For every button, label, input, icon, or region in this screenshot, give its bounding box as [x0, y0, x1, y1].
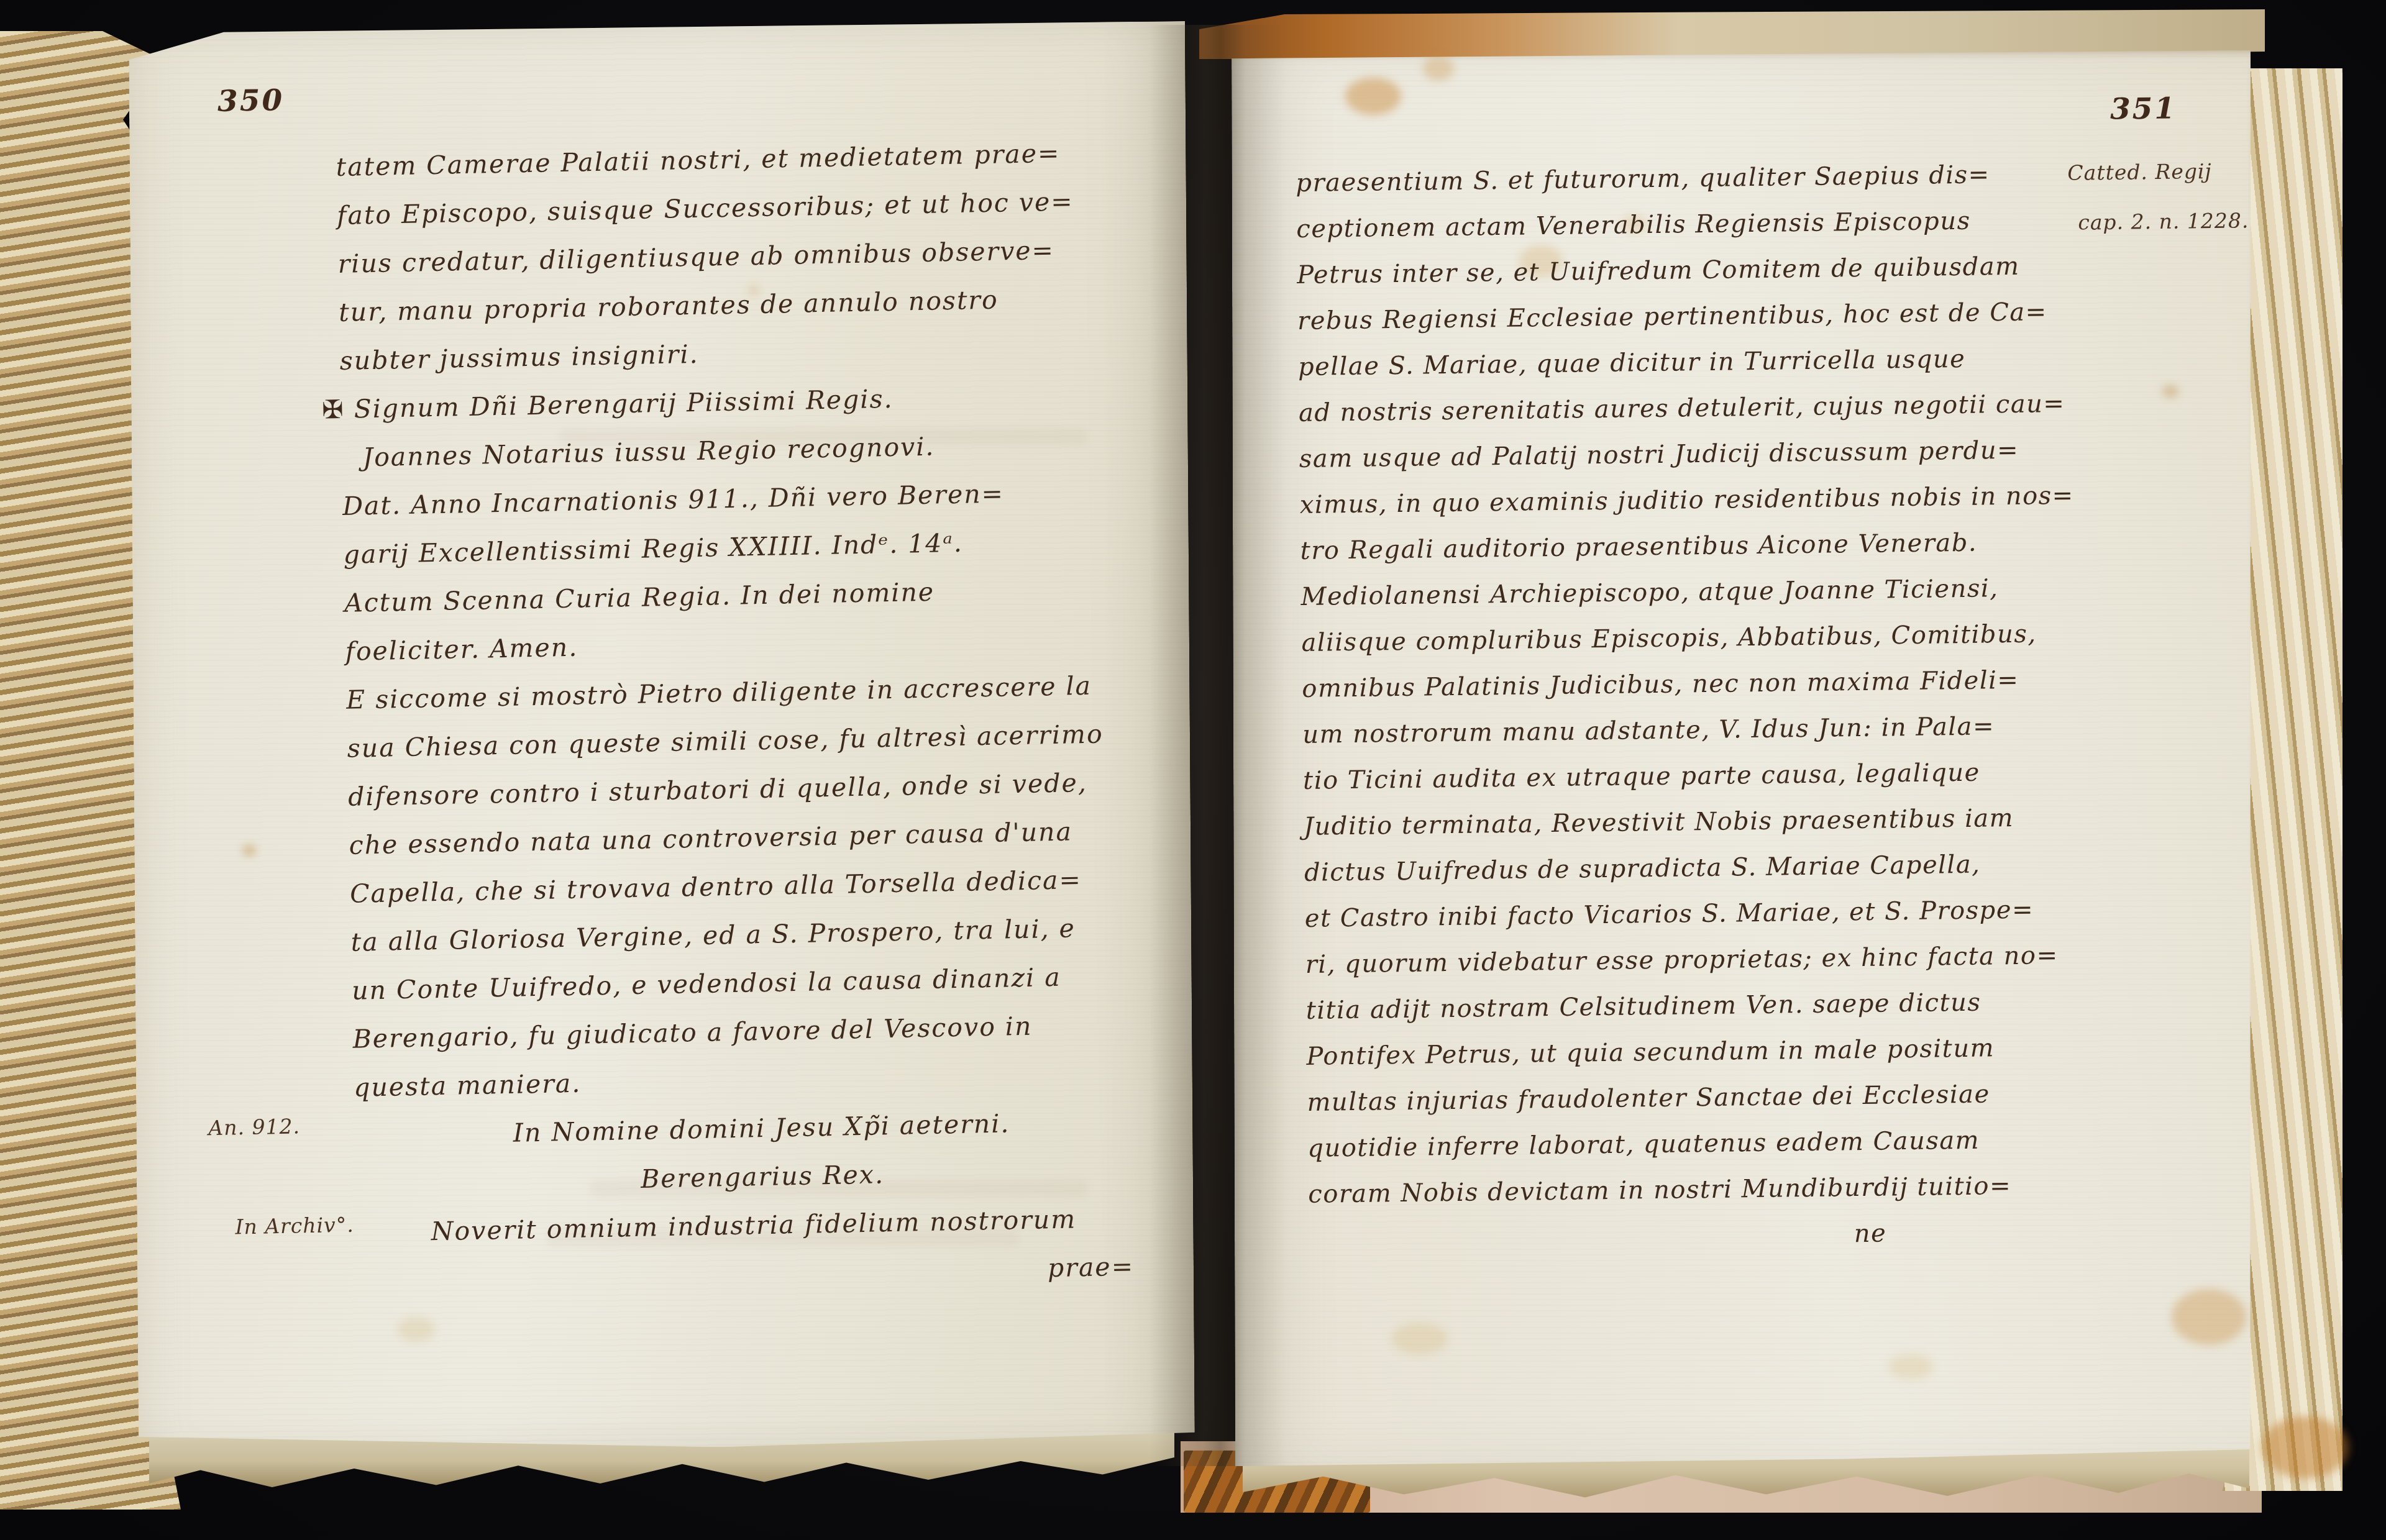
stain [1392, 1323, 1448, 1354]
right-page-text: Catted. Regij cap. 2. n. 1228. praesenti… [1296, 151, 2073, 1264]
left-page-text: An. 912. In Archiv°. tatem Camerae Palat… [336, 127, 1172, 1306]
stain [2162, 385, 2178, 398]
catchword-right: ne [1309, 1208, 2073, 1264]
page-number-left: 350 [217, 83, 285, 119]
stain [1345, 78, 1401, 115]
stain [398, 1317, 435, 1342]
page-number-right: 351 [2110, 91, 2177, 126]
stain [2262, 1416, 2349, 1478]
stain [242, 845, 256, 856]
stain [2172, 1289, 2246, 1345]
margin-note-reference-line1: Catted. Regij [2067, 159, 2212, 185]
stain [1889, 1354, 1932, 1379]
margin-note-reference-line2: cap. 2. n. 1228. [2078, 208, 2249, 234]
text-line: coram Nobis devictam in nostri Mundiburd… [1308, 1162, 2073, 1218]
stain [1423, 56, 1454, 81]
margin-note-archive: In Archiv°. [235, 1213, 354, 1239]
margin-note-year: An. 912. [208, 1114, 300, 1140]
manuscript-photo: 350 351 An. 912. In Archiv°. tatem Camer… [0, 0, 2386, 1540]
